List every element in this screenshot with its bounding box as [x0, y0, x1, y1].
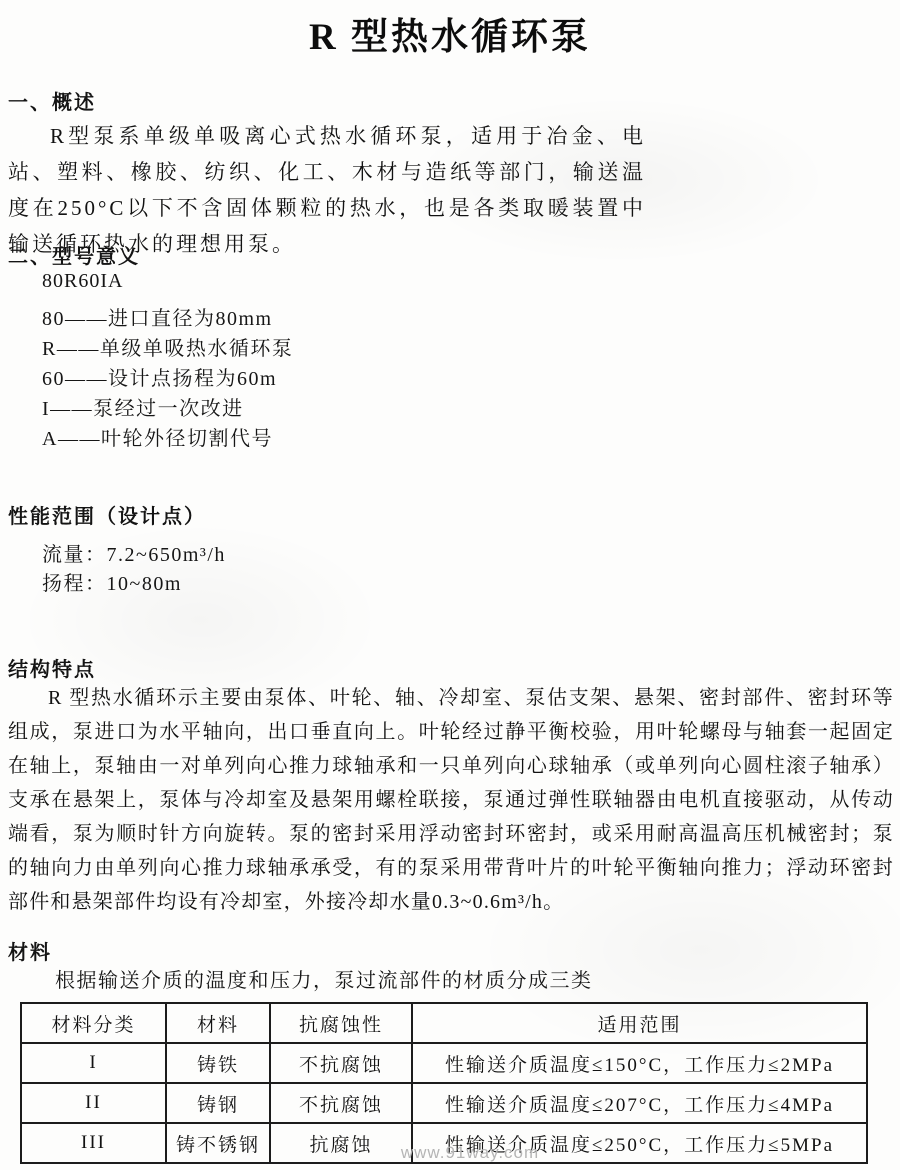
col-header-corrosion: 抗腐蚀性	[270, 1003, 412, 1043]
section-heading-model-meaning: 二、型号意义	[8, 240, 140, 269]
table-header-row: 材料分类 材料 抗腐蚀性 适用范围	[21, 1003, 867, 1043]
cell-corrosion: 不抗腐蚀	[270, 1083, 412, 1123]
model-item-inlet: 80——进口直径为80mm	[42, 302, 273, 331]
performance-flow: 流量：7.2~650m³/h	[42, 538, 226, 567]
material-table: 材料分类 材料 抗腐蚀性 适用范围 I 铸铁 不抗腐蚀 性输送介质温度≤150°…	[20, 1002, 868, 1164]
page-title: R 型热水循环泵	[0, 6, 900, 60]
table-row: I 铸铁 不抗腐蚀 性输送介质温度≤150°C，工作压力≤2MPa	[21, 1043, 867, 1083]
section-heading-structure: 结构特点	[8, 653, 96, 682]
model-item-head: 60——设计点扬程为60m	[42, 362, 277, 391]
model-code: 80R60IA	[42, 270, 123, 293]
cell-corrosion: 不抗腐蚀	[270, 1043, 412, 1083]
performance-head: 扬程：10~80m	[42, 567, 182, 596]
col-header-material: 材料	[166, 1003, 270, 1043]
cell-material: 铸铁	[166, 1043, 270, 1083]
model-item-revision: I——泵经过一次改进	[42, 392, 244, 421]
cell-class: I	[21, 1043, 166, 1083]
cell-class: II	[21, 1083, 166, 1123]
material-intro: 根据输送介质的温度和压力，泵过流部件的材质分成三类	[55, 964, 593, 993]
cell-application: 性输送介质温度≤150°C，工作压力≤2MPa	[412, 1043, 867, 1083]
site-watermark: www.91way.com	[0, 1143, 900, 1163]
section-heading-material: 材料	[8, 936, 52, 965]
model-item-type: R——单级单吸热水循环泵	[42, 332, 293, 361]
model-item-impeller: A——叶轮外径切割代号	[42, 422, 273, 451]
cell-material: 铸钢	[166, 1083, 270, 1123]
section-heading-performance: 性能范围（设计点）	[8, 500, 206, 529]
structure-paragraph: R 型热水循环示主要由泵体、叶轮、轴、冷却室、泵估支架、悬架、密封部件、密封环等…	[8, 681, 894, 919]
col-header-application: 适用范围	[412, 1003, 867, 1043]
cell-application: 性输送介质温度≤207°C，工作压力≤4MPa	[412, 1083, 867, 1123]
col-header-material-class: 材料分类	[21, 1003, 166, 1043]
table-row: II 铸钢 不抗腐蚀 性输送介质温度≤207°C，工作压力≤4MPa	[21, 1083, 867, 1123]
document-page: R 型热水循环泵 一、概述 R型泵系单级单吸离心式热水循环泵，适用于冶金、电站、…	[0, 0, 900, 1170]
section-heading-overview: 一、概述	[8, 86, 96, 115]
